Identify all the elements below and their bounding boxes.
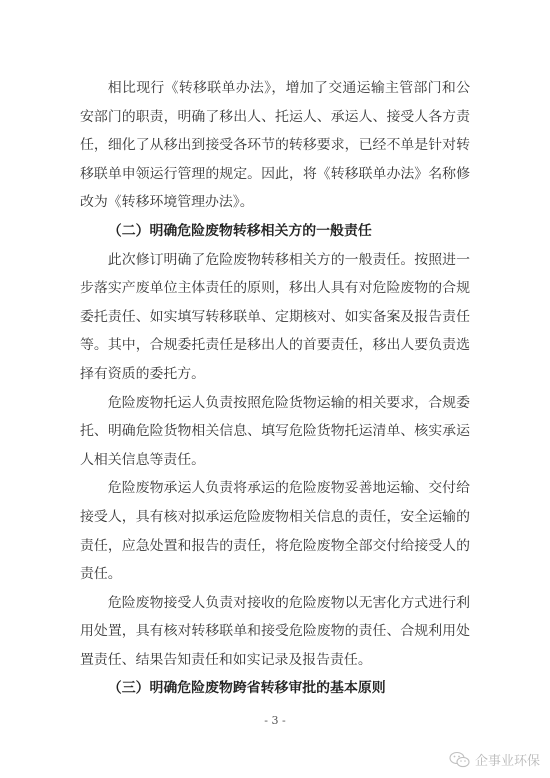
paragraph-carrier-responsibility: 危险废物承运人负责将承运的危险废物妥善地运输、交付给接受人，具有核对拟承运危险废… <box>80 474 470 588</box>
watermark: 企事业环保 <box>449 750 540 769</box>
document-page: 相比现行《转移联单办法》，增加了交通运输主管部门和公安部门的职责，明确了移出人、… <box>80 74 470 703</box>
paragraph-transferor-responsibility: 此次修订明确了危险废物转移相关方的一般责任。按照进一步落实产废单位主体责任的原则… <box>80 246 470 389</box>
section-heading-general-responsibility: （二）明确危险废物转移相关方的一般责任 <box>80 217 470 246</box>
paragraph-receiver-responsibility: 危险废物接受人负责对接收的危险废物以无害化方式进行利用处置，具有核对转移联单和接… <box>80 589 470 675</box>
section-heading-cross-province-approval: （三）明确危险废物跨省转移审批的基本原则 <box>80 674 470 703</box>
page-number: - 3 - <box>0 714 550 727</box>
wechat-icon <box>449 751 471 769</box>
paragraph-rename-rationale: 相比现行《转移联单办法》，增加了交通运输主管部门和公安部门的职责，明确了移出人、… <box>80 74 470 217</box>
watermark-text: 企事业环保 <box>475 750 540 769</box>
paragraph-consignor-responsibility: 危险废物托运人负责按照危险货物运输的相关要求，合规委托、明确危险货物相关信息、填… <box>80 389 470 475</box>
